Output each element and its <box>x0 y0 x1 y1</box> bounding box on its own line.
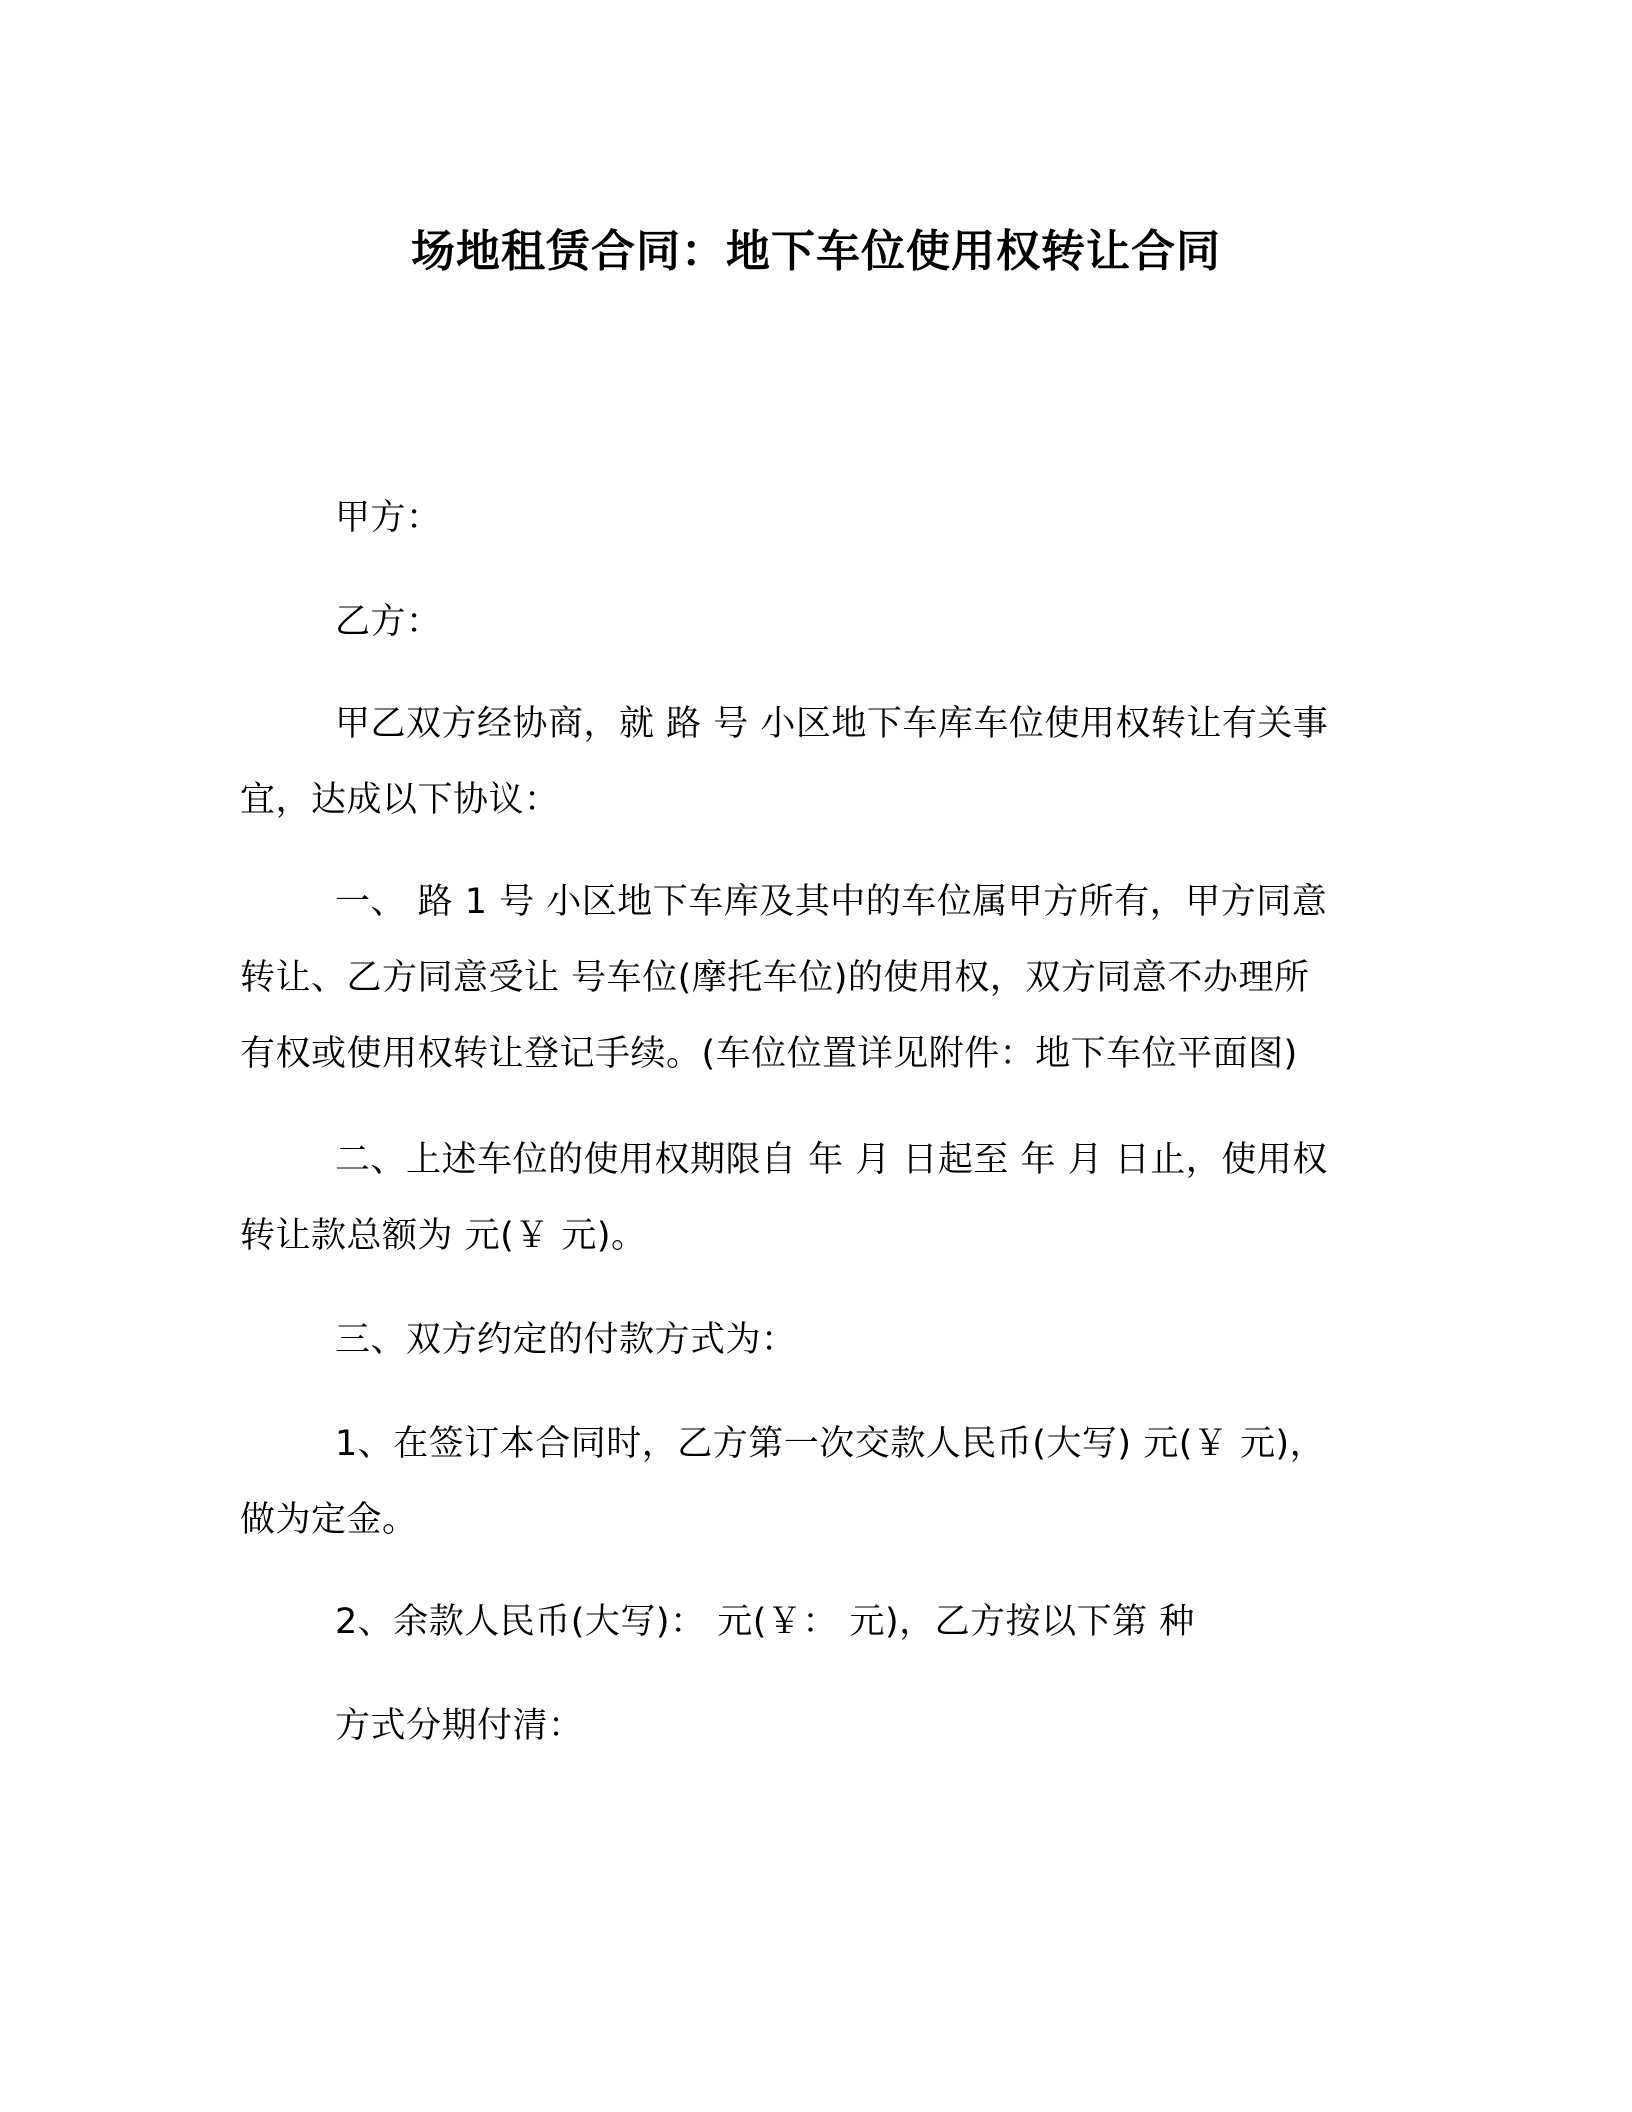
intro-line-1: 甲乙双方经协商，就 路 号 小区地下车库车位使用权转让有关事 <box>335 702 1328 746</box>
clause-2-line-1: 二、上述车位的使用权期限自 年 月 日起至 年 月 日止，使用权 <box>335 1138 1328 1182</box>
payment-item-1-line-2: 做为定金。 <box>240 1498 418 1542</box>
document-page: 场地租赁合同：地下车位使用权转让合同 甲方： 乙方： 甲乙双方经协商，就 路 号… <box>0 0 1632 2112</box>
payment-item-1-line-1: 1、在签订本合同时，乙方第一次交款人民币(大写) 元(￥ 元)， <box>335 1422 1325 1466</box>
payment-item-2-line-1: 2、余款人民币(大写)： 元(￥： 元)，乙方按以下第 种 <box>335 1600 1195 1644</box>
clause-1-line-3: 有权或使用权转让登记手续。(车位位置详见附件：地下车位平面图) <box>240 1032 1298 1076</box>
clause-1-line-1: 一、 路 1 号 小区地下车库及其中的车位属甲方所有，甲方同意 <box>335 880 1327 924</box>
intro-line-2: 宜，达成以下协议： <box>240 778 560 822</box>
clause-3-line-1: 三、双方约定的付款方式为： <box>335 1318 797 1362</box>
party-b-label: 乙方： <box>335 600 442 644</box>
document-title: 场地租赁合同：地下车位使用权转让合同 <box>0 222 1632 282</box>
party-a-label: 甲方： <box>335 496 442 540</box>
clause-1-line-2: 转让、乙方同意受让 号车位(摩托车位)的使用权，双方同意不办理所 <box>240 956 1309 1000</box>
clause-2-line-2: 转让款总额为 元(￥ 元)。 <box>240 1214 647 1258</box>
payment-item-2-line-2: 方式分期付清： <box>335 1704 584 1748</box>
